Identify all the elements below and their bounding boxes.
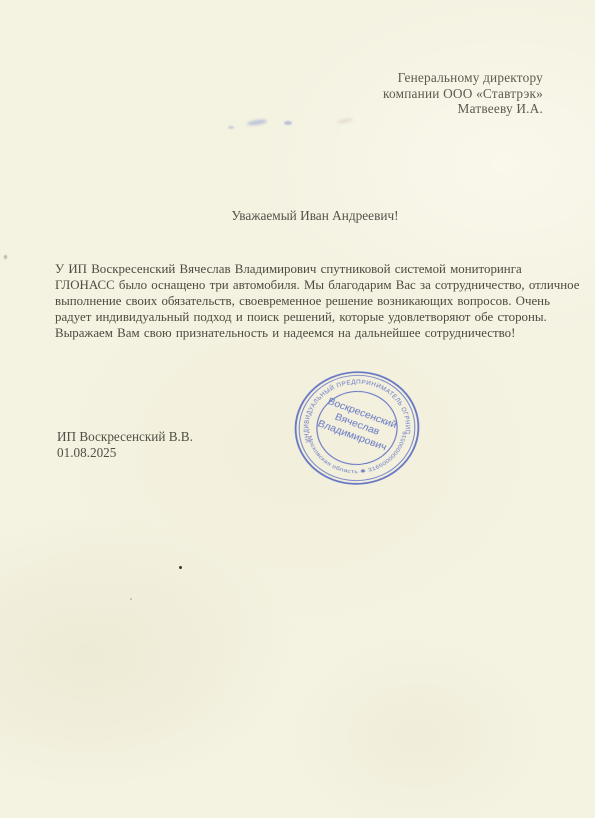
round-stamp: ИНДИВИДУАЛЬНЫЙ ПРЕДПРИНИМАТЕЛЬ ОГРНИП Мо…	[287, 364, 427, 493]
body-line: У ИП Воскресенский Вячеслав Владимирович…	[55, 261, 555, 277]
scanned-letter-page: Генеральному директору компании ООО «Ста…	[0, 0, 595, 818]
stamp-graphic: ИНДИВИДУАЛЬНЫЙ ПРЕДПРИНИМАТЕЛЬ ОГРНИП Мо…	[287, 364, 427, 493]
recipient-line-company: компании ООО «Ставтрэк»	[383, 86, 543, 102]
body-line: радует индивидуальный подход и поиск реш…	[55, 309, 555, 325]
ink-smudge	[337, 118, 353, 125]
body-line: выполнение своих обязательств, своевреме…	[55, 293, 555, 309]
ink-smudge	[284, 121, 292, 125]
ink-smudge	[247, 119, 268, 127]
recipient-block: Генеральному директору компании ООО «Ста…	[383, 70, 543, 117]
salutation: Уважаемый Иван Андреевич!	[95, 208, 535, 224]
body-line: ГЛОНАСС было оснащено три автомобиля. Мы…	[55, 277, 555, 293]
stamp-center-name: Воскресенский Вячеслав Владимирович	[316, 396, 399, 453]
body-line: Выражаем Вам свою признательность и наде…	[55, 325, 555, 341]
signature-block: ИП Воскресенский В.В. 01.08.2025	[57, 429, 193, 461]
body-paragraph: У ИП Воскресенский Вячеслав Владимирович…	[55, 261, 555, 341]
paper-speck	[4, 255, 7, 259]
paper-speck	[179, 566, 182, 569]
recipient-line-person: Матвееву И.А.	[383, 101, 543, 117]
ink-smudge	[228, 126, 234, 129]
signature-date: 01.08.2025	[57, 445, 193, 461]
signature-name: ИП Воскресенский В.В.	[57, 429, 193, 445]
recipient-line-title: Генеральному директору	[383, 70, 543, 86]
paper-speck	[130, 598, 132, 600]
